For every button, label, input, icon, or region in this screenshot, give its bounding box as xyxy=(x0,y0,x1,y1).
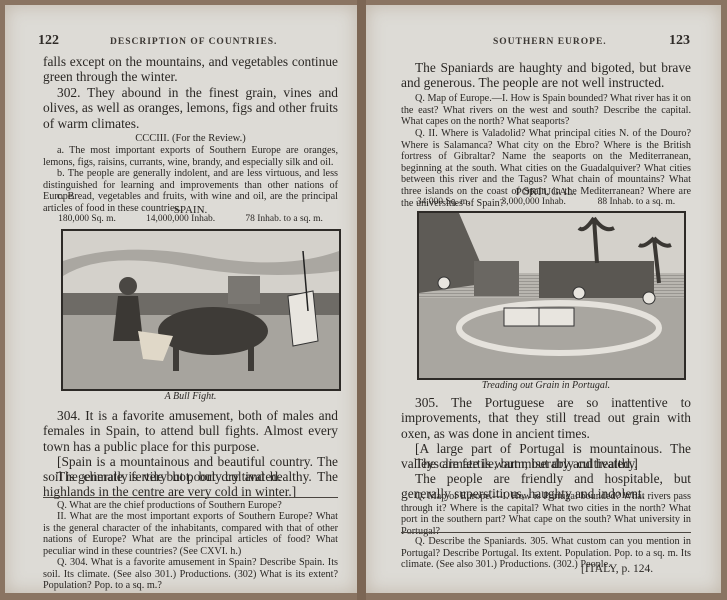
illustration-caption: Treading out Grain in Portugal. xyxy=(401,380,691,391)
running-head: DESCRIPTION OF COUNTRIES. xyxy=(110,37,277,47)
paragraph-304: 304. It is a favorite amusement, both of… xyxy=(43,408,338,454)
paragraph-301-end: falls except on the mountains, and veget… xyxy=(43,54,338,85)
paragraph-305: 305. The Portuguese are so inattentive t… xyxy=(401,395,691,441)
population: 3,000,000 Inhab. xyxy=(502,197,566,207)
bullfight-engraving-icon xyxy=(61,229,341,391)
catchword: [ITALY, p. 124. xyxy=(581,563,653,575)
question-1: Q. What are the chief productions of Sou… xyxy=(43,500,338,512)
country-stats: 180,000 Sq. m. 14,000,000 Inhab. 78 Inha… xyxy=(43,214,338,224)
climate-note: The climate is warm, but dry and healthy… xyxy=(401,456,691,471)
illustration-caption: A Bull Fight. xyxy=(43,391,338,402)
paragraph-spaniards: The Spaniards are haughty and bigoted, b… xyxy=(401,60,691,91)
review-a: a. The most important exports of Souther… xyxy=(43,145,338,168)
bracket-note-2: The climate is very hot, but dry and hea… xyxy=(43,469,338,500)
country-stats: 34,000 Sq. m. 3,000,000 Inhab. 88 Inhab.… xyxy=(401,197,691,207)
question-3: Q. 304. What is a favorite amusement in … xyxy=(43,557,338,592)
density: 78 Inhab. to a sq. m. xyxy=(245,214,323,224)
running-head: SOUTHERN EUROPE. xyxy=(493,37,607,47)
population: 14,000,000 Inhab. xyxy=(146,214,215,224)
paragraph-302: 302. They abound in the finest grain, vi… xyxy=(43,85,338,131)
divider xyxy=(43,497,338,498)
review-heading: CCCIII. (For the Review.) xyxy=(43,133,338,144)
question-2: II. What are the most important exports … xyxy=(43,511,338,557)
book-gutter xyxy=(357,0,366,600)
threshing-engraving-icon xyxy=(417,211,686,380)
right-page: SOUTHERN EUROPE. 123 The Spaniards are h… xyxy=(366,5,721,593)
page-number: 122 xyxy=(38,33,59,49)
density: 88 Inhab. to a sq. m. xyxy=(598,197,676,207)
map-question-1: Q. Map of Europe.—I. How is Spain bounde… xyxy=(401,93,691,128)
page-number: 123 xyxy=(669,33,690,49)
area: 180,000 Sq. m. xyxy=(58,214,116,224)
map-question-3: Q. Map of Europe.—I. How is Portugal bou… xyxy=(401,491,691,537)
divider xyxy=(401,532,691,533)
area: 34,000 Sq. m. xyxy=(417,197,470,207)
left-page: 122 DESCRIPTION OF COUNTRIES. falls exce… xyxy=(5,5,357,593)
